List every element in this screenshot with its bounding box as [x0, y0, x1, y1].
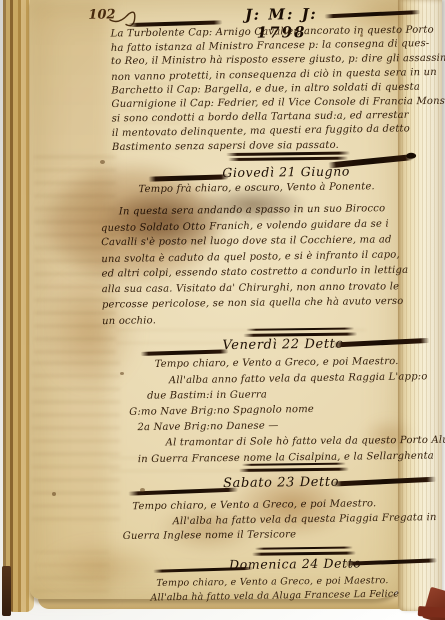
divider-rule [228, 157, 348, 161]
entry-rule-right [333, 338, 429, 348]
entry-rule-left [140, 349, 228, 355]
manuscript-line: Tempo frà chiaro, e oscuro, Vento à Pone… [138, 181, 375, 195]
entry-rule-left [148, 174, 228, 181]
divider-rule [226, 152, 350, 156]
ink-speck [140, 488, 145, 492]
entry-header: Domenica 24 Detto [229, 556, 341, 572]
manuscript-line: Guerra Inglese nome il Tersicore [123, 526, 437, 544]
ink-blot [406, 153, 416, 159]
book-cover-left [2, 566, 11, 616]
entry-block: Tempo chiaro, e Vento a Greco, e poi Mae… [122, 496, 437, 545]
divider-rule [255, 547, 353, 550]
ink-speck [52, 492, 56, 496]
entry-rule-right [332, 477, 436, 487]
divider-rule [246, 328, 354, 331]
entry-header: Giovedì 21 Giugno [222, 164, 334, 180]
ink-speck [360, 34, 363, 37]
entry-header: Venerdì 22 Detto [222, 337, 342, 353]
entry-weather-line: Tempo frà chiaro, e oscuro, Vento à Pone… [138, 181, 375, 195]
ink-speck [100, 160, 105, 164]
manuscript-photo: { "document": { "folio_number": "102", "… [0, 0, 445, 620]
entry-block: La Turbolente Cap: Arnigo Cavalier, anco… [111, 23, 445, 155]
ink-speck [120, 372, 124, 375]
manuscript-line: Al tramontar di Sole hò fatto vela da qu… [166, 433, 445, 452]
entry-header: Sabato 23 Detto [220, 475, 342, 491]
entry-block: Tempo chiaro, e Vento a Greco, e poi Mae… [150, 574, 399, 604]
book-cover-sliver [418, 606, 445, 618]
divider-rule [239, 468, 349, 472]
entry-block: Tempo chiaro, e Vento a Greco, e poi Mae… [129, 353, 445, 468]
manuscript-line: alla sua casa. Visitato da' Chirurghi, n… [102, 279, 409, 297]
entry-block: In questa sera andando a spasso in un su… [101, 201, 409, 329]
page-content: 102 J: M: J: 1798 La Turbolente Cap: Arn… [0, 0, 445, 620]
